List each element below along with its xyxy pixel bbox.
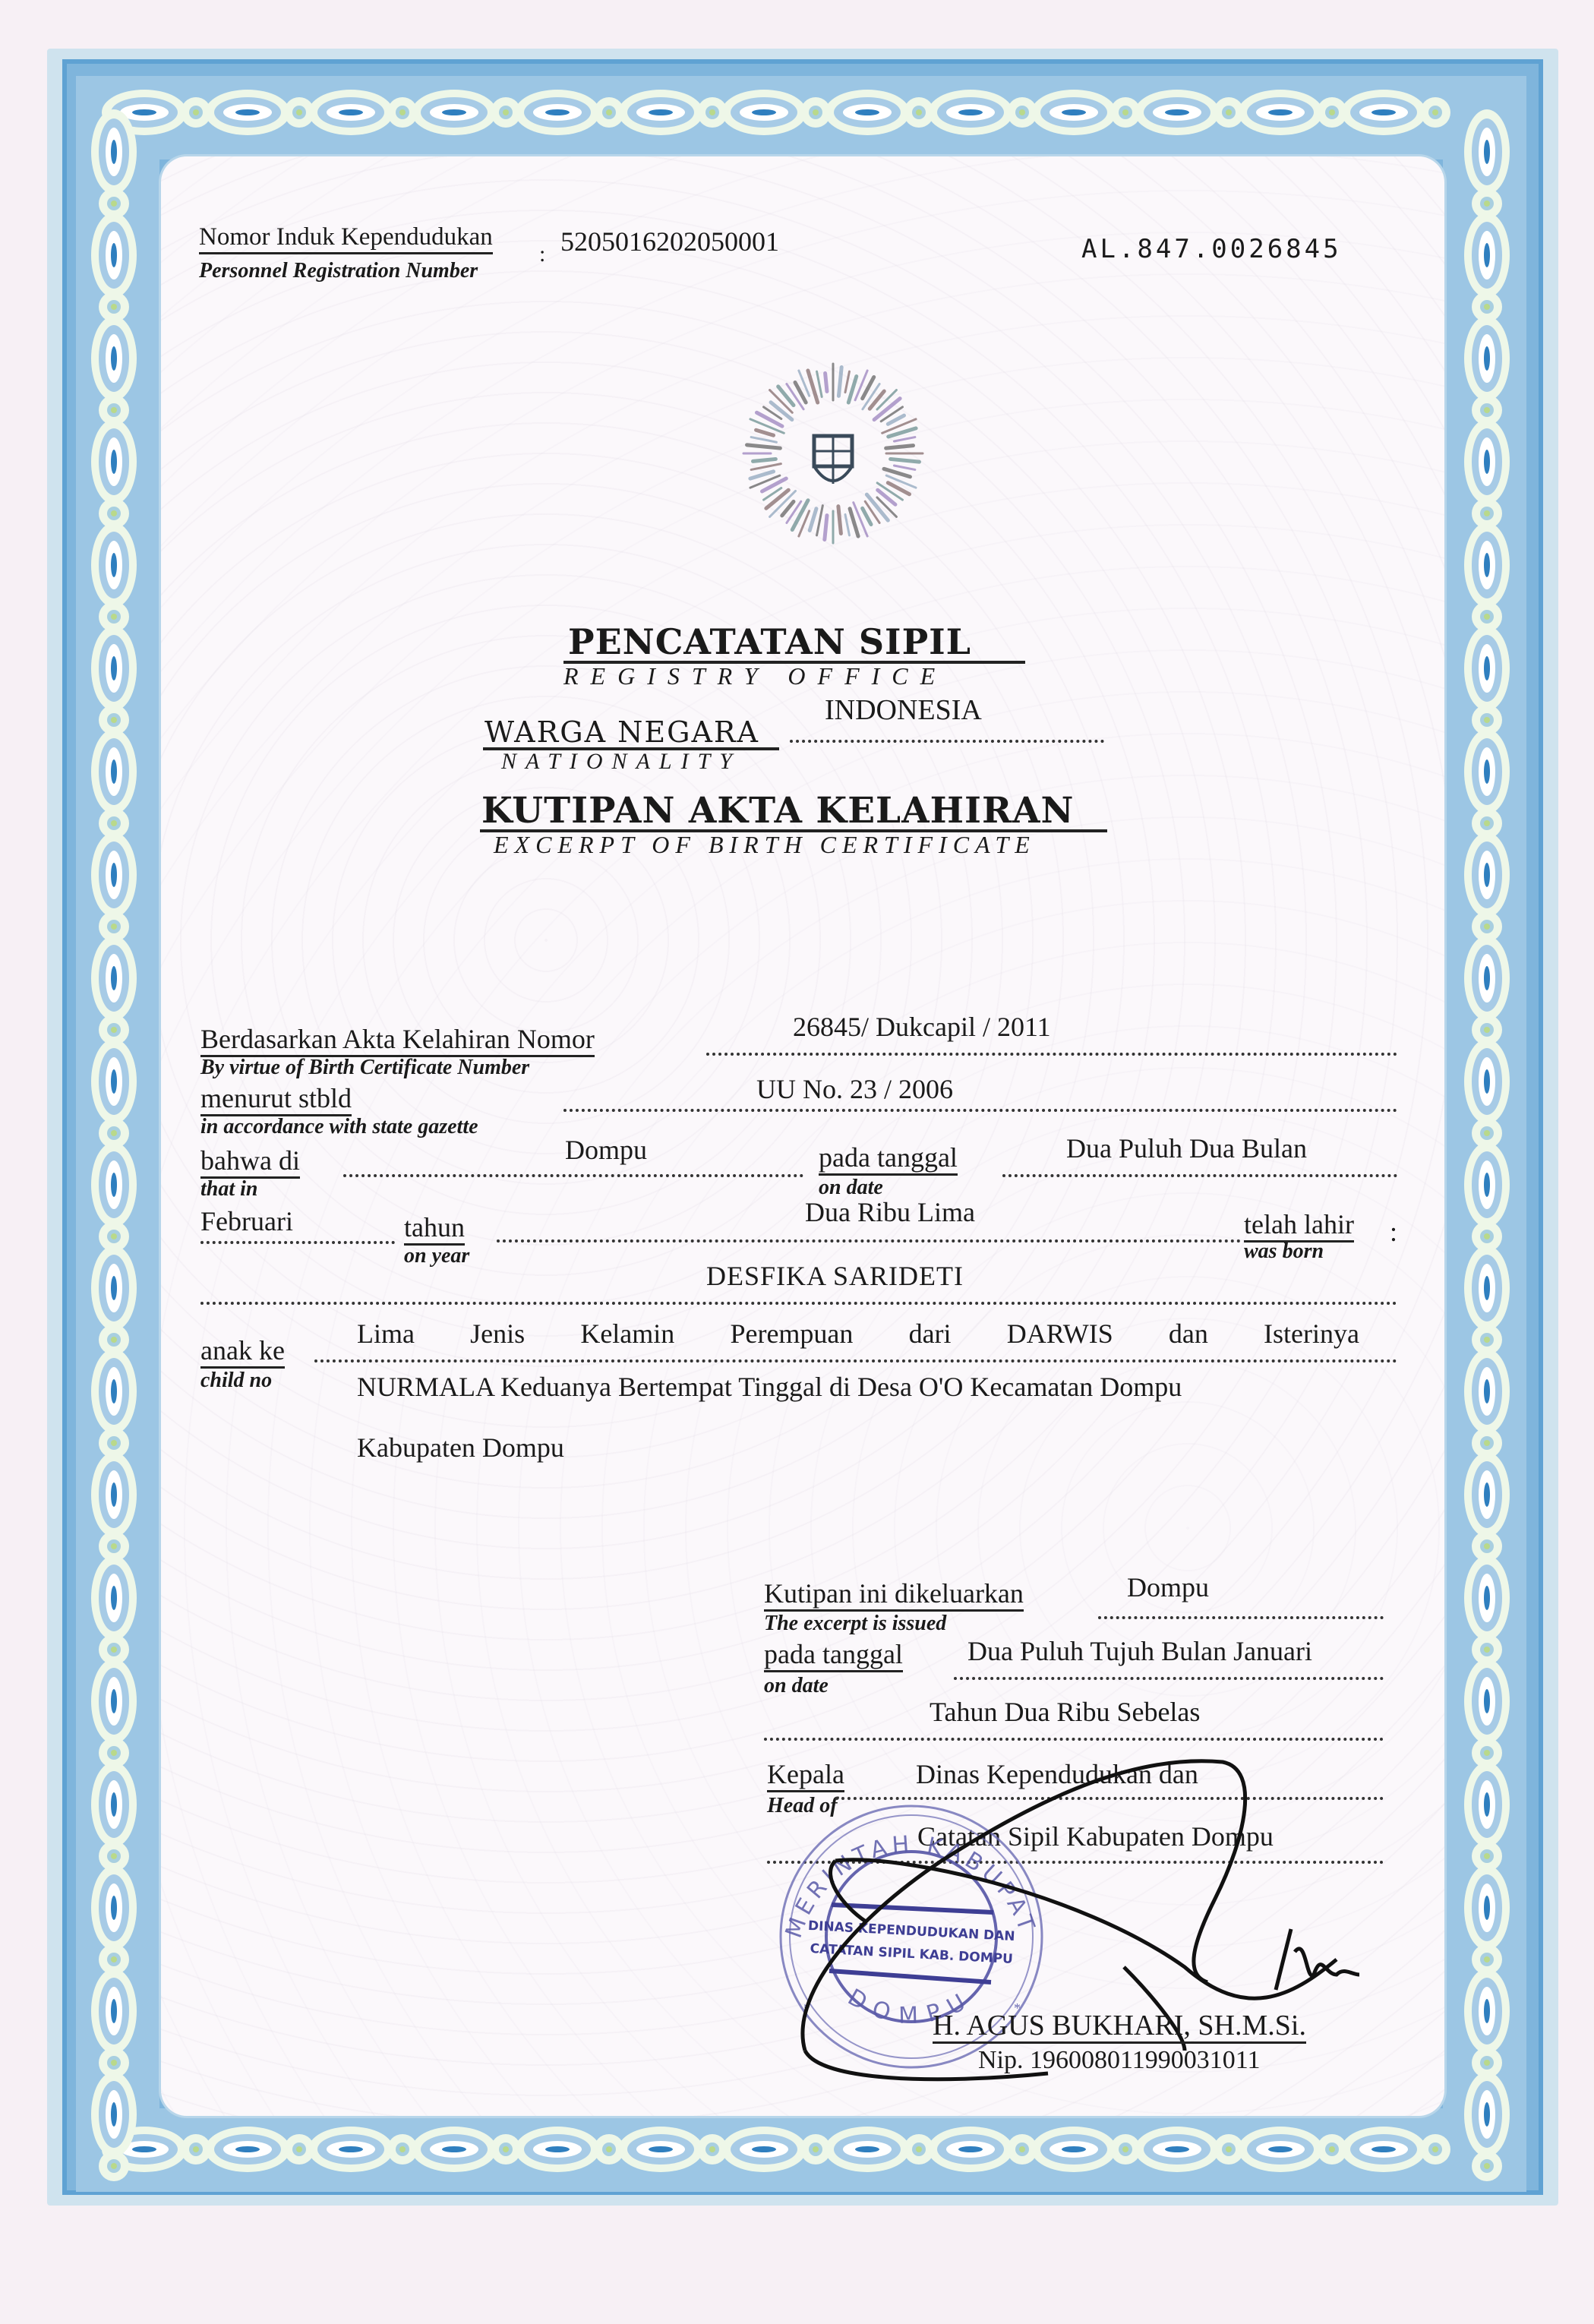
nationality-label-en: NATIONALITY xyxy=(501,749,741,775)
date-label-en: on date xyxy=(819,1177,883,1198)
official-nip: Nip. 196008011990031011 xyxy=(978,2048,1260,2073)
child-line-1: Lima Jenis Kelamin Perempuan dari DARWIS… xyxy=(357,1320,1359,1347)
place-label-en: that in xyxy=(200,1179,257,1200)
issued-label-en: The excerpt is issued xyxy=(764,1613,946,1634)
gazette-value: UU No. 23 / 2006 xyxy=(756,1075,953,1103)
cert-number-value: 26845/ Dukcapil / 2011 xyxy=(793,1013,1051,1040)
nik-label: Nomor Induk Kependudukan xyxy=(199,225,493,254)
born-punct: : xyxy=(1390,1218,1397,1246)
month-value: Februari xyxy=(200,1208,293,1235)
office-title: PENCATATAN SIPIL xyxy=(568,621,971,662)
nik-label-block: Nomor Induk Kependudukan Personnel Regis… xyxy=(199,225,493,282)
certificate-title-en: EXCERPT OF BIRTH CERTIFICATE xyxy=(494,831,1036,859)
handwritten-signature xyxy=(759,1747,1413,2096)
date-label: pada tanggal xyxy=(819,1144,958,1176)
serial-number: AL.847.0026845 xyxy=(1081,234,1342,264)
garuda-emblem-icon xyxy=(731,351,936,556)
nik-separator: : xyxy=(539,243,545,266)
year-value: Dua Ribu Lima xyxy=(805,1198,975,1226)
nik-label-en: Personnel Registration Number xyxy=(199,261,493,282)
gazette-label: menurut stbld xyxy=(200,1085,352,1116)
cert-number-label: Berdasarkan Akta Kelahiran Nomor xyxy=(200,1025,595,1057)
year-label-en: on year xyxy=(404,1246,469,1267)
child-line-2: NURMALA Keduanya Bertempat Tinggal di De… xyxy=(357,1373,1182,1400)
gazette-label-en: in accordance with state gazette xyxy=(200,1116,478,1138)
year-label: tahun xyxy=(404,1214,465,1246)
cert-number-label-en: By virtue of Birth Certificate Number xyxy=(200,1057,529,1078)
issued-date-line-1: Dua Puluh Tujuh Bulan Januari xyxy=(967,1637,1312,1665)
office-title-en: REGISTRY OFFICE xyxy=(563,662,947,690)
place-value: Dompu xyxy=(565,1136,647,1164)
issued-date-label: pada tanggal xyxy=(764,1640,903,1672)
issued-label: Kutipan ini dikeluarkan xyxy=(764,1580,1024,1612)
child-name: DESFIKA SARIDETI xyxy=(706,1262,964,1290)
place-label: bahwa di xyxy=(200,1147,300,1179)
issued-place: Dompu xyxy=(1127,1574,1209,1601)
nationality-label: WARGA NEGARA xyxy=(485,715,759,749)
born-label-en: was born xyxy=(1244,1241,1324,1262)
child-no-label: anak ke xyxy=(200,1337,285,1369)
certificate-title: KUTIPAN AKTA KELAHIRAN xyxy=(481,790,1074,832)
nationality-value: INDONESIA xyxy=(825,696,982,725)
issued-date-label-en: on date xyxy=(764,1675,829,1697)
issued-date-line-2: Tahun Dua Ribu Sebelas xyxy=(930,1698,1200,1726)
born-label: telah lahir xyxy=(1244,1211,1354,1243)
official-name: H. AGUS BUKHARI, SH.M.Si. xyxy=(933,2011,1306,2044)
date-value: Dua Puluh Dua Bulan xyxy=(1066,1135,1307,1162)
nik-value: 5205016202050001 xyxy=(560,228,779,255)
child-line-3: Kabupaten Dompu xyxy=(357,1434,564,1461)
child-no-label-en: child no xyxy=(200,1370,272,1391)
